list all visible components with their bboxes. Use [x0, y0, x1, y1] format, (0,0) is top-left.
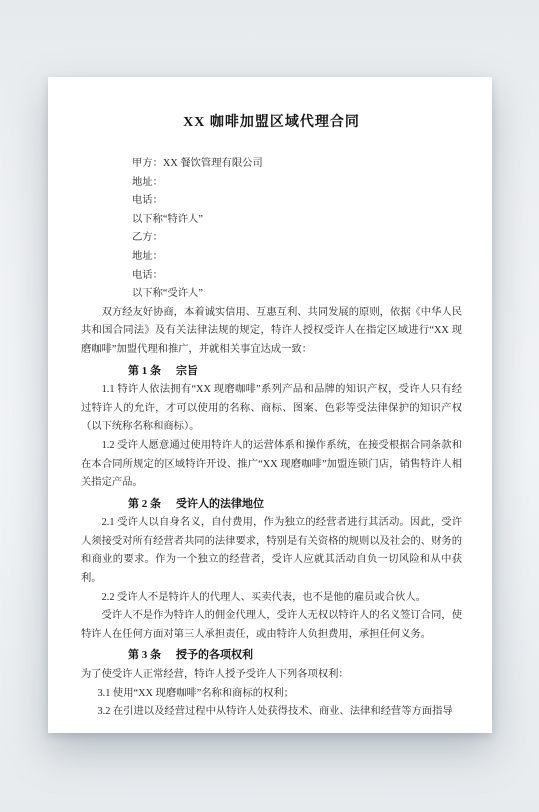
- section-2-heading: 第 2 条受许人的法律地位: [128, 495, 462, 514]
- section-1-heading: 第 1 条宗旨: [128, 362, 462, 381]
- party-line-franchisee-alias: 以下称“受许人”: [132, 285, 462, 304]
- party-line-franchisor-alias: 以下称“特许人”: [132, 211, 462, 230]
- section-3-paragraph-1: 为了使受许人正常经营，特许人授予受许人下列各项权利：: [81, 666, 462, 685]
- document-canvas: XX 咖啡加盟区域代理合同 甲方：XX 餐饮管理有限公司 地址： 电话： 以下称…: [0, 0, 539, 812]
- party-line-yifang: 乙方：: [132, 229, 462, 248]
- section-2-paragraph-2: 2.2 受许人不是特许人的代理人、买卖代表，也不是他的雇员或合伙人。: [81, 589, 462, 608]
- section-2-paragraph-1: 2.1 受许人以自身名义，自付费用，作为独立的经营者进行其活动。因此，受许人须接…: [81, 514, 462, 588]
- party-line-address-1: 地址：: [132, 174, 462, 193]
- party-line-phone-2: 电话：: [132, 267, 462, 286]
- section-3-number: 第 3 条: [128, 649, 161, 661]
- party-line-phone-1: 电话：: [132, 192, 462, 211]
- section-2-number: 第 2 条: [128, 498, 161, 510]
- section-3-title: 授予的各项权利: [176, 649, 253, 661]
- section-2-paragraph-3: 受许人不是作为特许人的佣金代理人，受许人无权以特许人的名义签订合同，使特许人在任…: [81, 607, 462, 644]
- document-title: XX 咖啡加盟区域代理合同: [81, 113, 462, 133]
- section-1-title: 宗旨: [176, 365, 198, 377]
- party-info-block: 甲方：XX 餐饮管理有限公司 地址： 电话： 以下称“特许人” 乙方： 地址： …: [132, 155, 462, 304]
- document-body: 甲方：XX 餐饮管理有限公司 地址： 电话： 以下称“特许人” 乙方： 地址： …: [81, 155, 462, 722]
- section-1-number: 第 1 条: [128, 365, 161, 377]
- section-1-paragraph-2: 1.2 受许人愿意通过使用特许人的运营体系和操作系统，在接受根据合同条款和在本合…: [81, 437, 462, 493]
- section-1-paragraph-1: 1.1 特许人依法拥有“XX 现磨咖啡”系列产品和品牌的知识产权，受许人只有经过…: [81, 381, 462, 437]
- preamble-paragraph: 双方经友好协商，本着诚实信用、互惠互利、共同发展的原则，依据《中华人民共和国合同…: [81, 304, 462, 360]
- document-page: XX 咖啡加盟区域代理合同 甲方：XX 餐饮管理有限公司 地址： 电话： 以下称…: [48, 77, 492, 733]
- section-3-paragraph-3: 3.2 在引进以及经营过程中从特许人处获得技术、商业、法律和经营等方面指导: [81, 703, 462, 722]
- party-line-address-2: 地址：: [132, 248, 462, 267]
- section-2-title: 受许人的法律地位: [176, 498, 264, 510]
- party-line-jiafang: 甲方：XX 餐饮管理有限公司: [132, 155, 462, 174]
- section-3-paragraph-2: 3.1 使用“XX 现磨咖啡”名称和商标的权利；: [81, 685, 462, 704]
- section-3-heading: 第 3 条授予的各项权利: [128, 646, 462, 665]
